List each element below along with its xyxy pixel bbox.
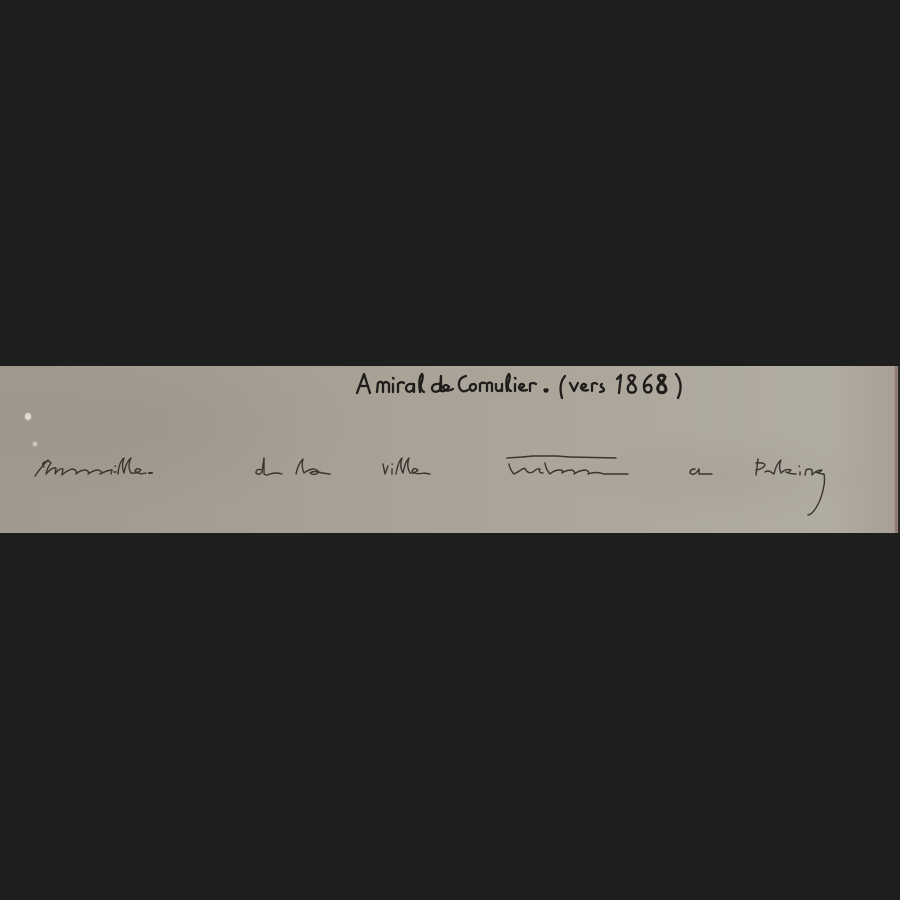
caption-line-2-ink [35, 456, 825, 515]
caption-line-1-ink [357, 374, 681, 398]
photo-stage: Amiral de Cornulier. (vers 1868) Muraill… [0, 0, 900, 900]
handwriting-ink [0, 366, 900, 533]
paper-strip: Amiral de Cornulier. (vers 1868) Muraill… [0, 366, 900, 533]
